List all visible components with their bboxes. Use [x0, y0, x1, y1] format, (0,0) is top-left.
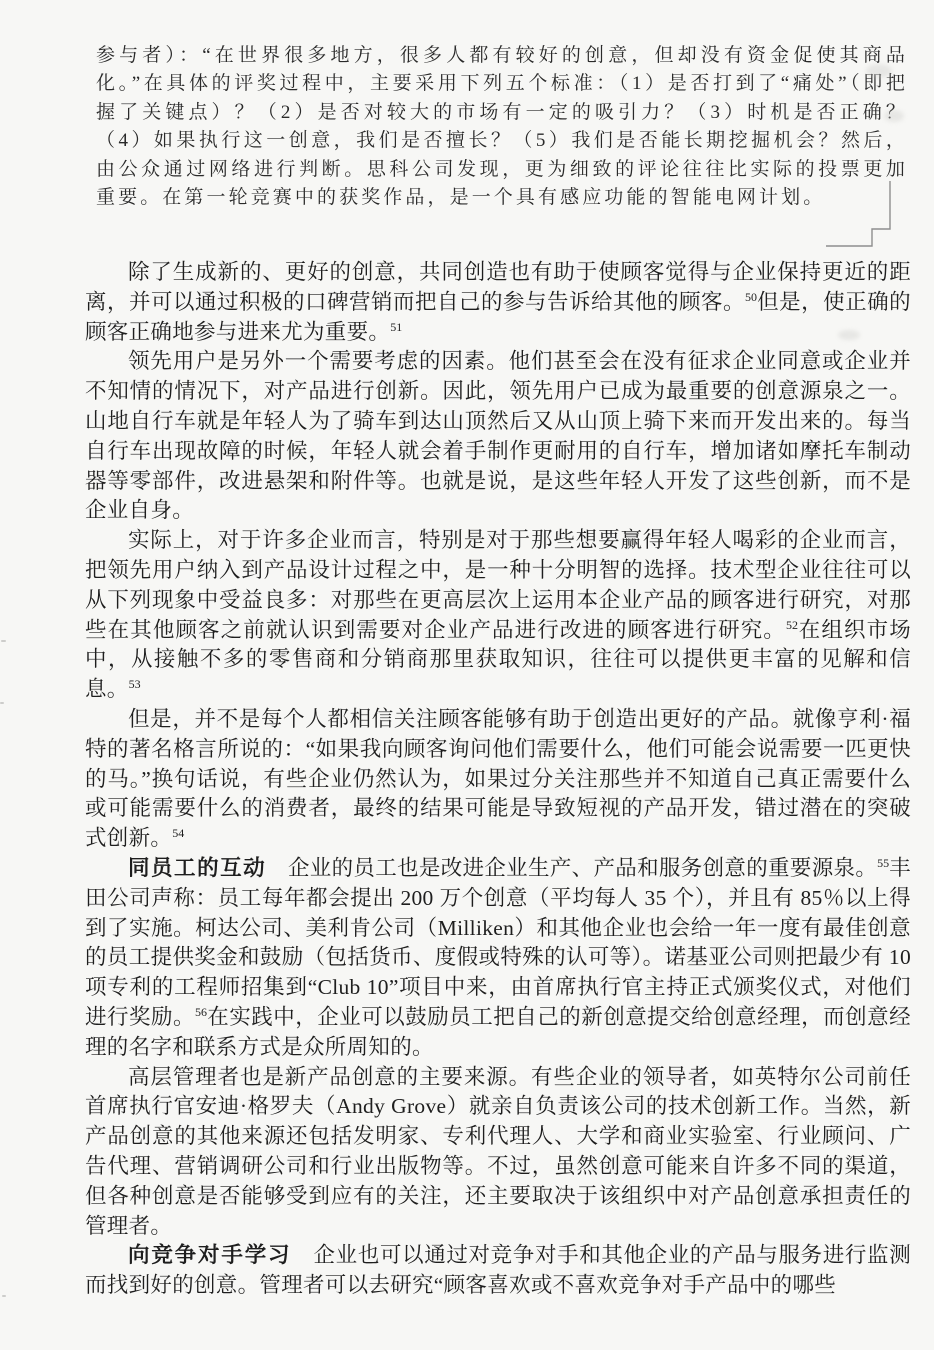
scan-speck — [1, 640, 6, 642]
paragraph-top-management: 高层管理者也是新产品创意的主要来源。有些企业的领导者，如英特尔公司前任首席执行官… — [85, 1063, 911, 1242]
paragraph-employee-interaction: 同员工的互动 企业的员工也是改进企业生产、产品和服务创意的重要源泉。55丰田公司… — [85, 854, 911, 1063]
body-text-block: 除了生成新的、更好的创意，共同创造也有助于使顾客觉得与企业保持更近的距离，并可以… — [85, 258, 911, 1301]
paragraph-lead-user-design: 实际上，对于许多企业而言，特别是对于那些想要赢得年轻人喝彩的企业而言，把领先用户… — [85, 526, 911, 705]
excerpt-paragraph: 参与者）：“在世界很多地方，很多人都有较好的创意，但却没有资金促使其商品化。”在… — [96, 42, 908, 212]
paragraph-cocreation: 除了生成新的、更好的创意，共同创造也有助于使顾客觉得与企业保持更近的距离，并可以… — [85, 258, 911, 347]
scan-speck — [2, 1295, 6, 1297]
paragraph-learn-from-competitors: 向竞争对手学习 企业也可以通过对竞争对手和其他企业的产品与服务进行监测而找到好的… — [85, 1241, 911, 1301]
scan-smudge — [884, 110, 904, 122]
scan-speck — [0, 702, 4, 704]
paragraph-henry-ford-quote: 但是，并不是每个人都相信关注顾客能够有助于创造出更好的产品。就像亨利·福特的著名… — [85, 705, 911, 854]
paragraph-lead-users: 领先用户是另外一个需要考虑的因素。他们甚至会在没有征求企业同意或企业并不知情的情… — [85, 347, 911, 526]
case-study-excerpt: 参与者）：“在世界很多地方，很多人都有较好的创意，但却没有资金促使其商品化。”在… — [96, 42, 908, 212]
scanned-book-page: 参与者）：“在世界很多地方，很多人都有较好的创意，但却没有资金促使其商品化。”在… — [0, 0, 934, 1350]
scan-smudge — [866, 64, 892, 78]
